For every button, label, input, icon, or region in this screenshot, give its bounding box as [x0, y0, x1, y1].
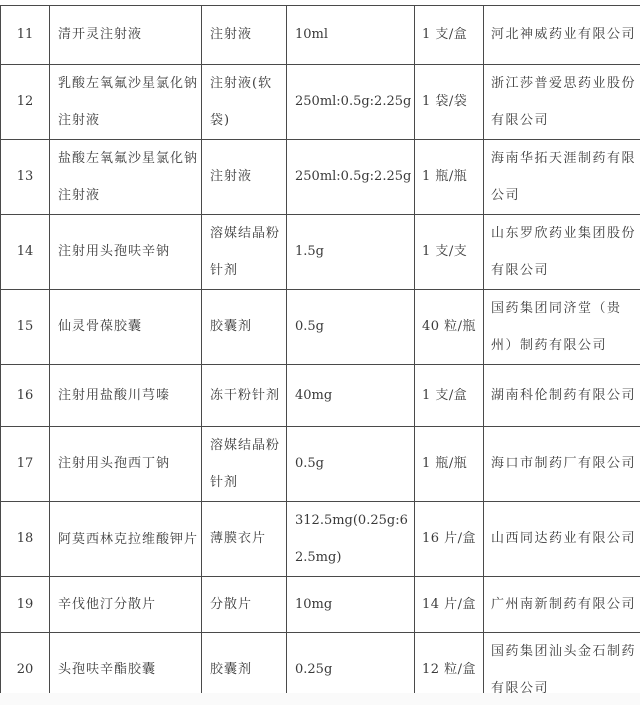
drug-name: 注射用盐酸川芎嗪	[50, 365, 202, 427]
drug-list-table: 11 清开灵注射液 注射液 10ml 1 支/盒 河北神威药业有限公司 12 乳…	[0, 5, 640, 705]
drug-name: 仙灵骨葆胶囊	[50, 290, 202, 365]
package: 1 袋/袋	[415, 65, 484, 140]
package: 1 瓶/瓶	[415, 140, 484, 215]
row-index: 18	[1, 502, 50, 577]
table-row: 19 辛伐他汀分散片 分散片 10mg 14 片/盒 广州南新制药有限公司	[1, 577, 640, 633]
manufacturer: 湖南科伦制药有限公司	[484, 365, 640, 427]
row-index: 13	[1, 140, 50, 215]
table-row: 15 仙灵骨葆胶囊 胶囊剂 0.5g 40 粒/瓶 国药集团同济堂（贵州）制药有…	[1, 290, 640, 365]
specification: 312.5mg(0.25g:62.5mg)	[287, 502, 415, 577]
manufacturer: 广州南新制药有限公司	[484, 577, 640, 633]
package: 16 片/盒	[415, 502, 484, 577]
drug-name-text: 乳酸左氧氟沙星氯化钠注射液	[58, 65, 201, 139]
row-index: 17	[1, 427, 50, 502]
dosage-form: 注射液	[202, 6, 287, 65]
manufacturer-text: 国药集团同济堂（贵州）制药有限公司	[491, 290, 640, 364]
row-index: 12	[1, 65, 50, 140]
drug-name-text: 阿莫西林克拉维酸钾片	[58, 521, 201, 558]
manufacturer: 海口市制药厂有限公司	[484, 427, 640, 502]
manufacturer: 山西同达药业有限公司	[484, 502, 640, 577]
dosage-form: 注射液(软袋)	[202, 65, 287, 140]
manufacturer-text: 浙江莎普爱思药业股份有限公司	[491, 65, 640, 139]
table-row: 11 清开灵注射液 注射液 10ml 1 支/盒 河北神威药业有限公司	[1, 6, 640, 65]
specification: 10mg	[287, 577, 415, 633]
manufacturer-text: 海南华拓天涯制药有限公司	[491, 140, 640, 214]
manufacturer-text: 山东罗欣药业集团股份有限公司	[491, 215, 640, 289]
drug-name: 注射用头孢呋辛钠	[50, 215, 202, 290]
row-index: 16	[1, 365, 50, 427]
drug-name: 清开灵注射液	[50, 6, 202, 65]
page-bottom-margin	[0, 693, 640, 705]
dosage-form-text: 溶媒结晶粉针剂	[210, 427, 286, 501]
package: 1 支/支	[415, 215, 484, 290]
dosage-form: 溶媒结晶粉针剂	[202, 215, 287, 290]
manufacturer: 国药集团同济堂（贵州）制药有限公司	[484, 290, 640, 365]
row-index: 19	[1, 577, 50, 633]
dosage-form-text: 溶媒结晶粉针剂	[210, 215, 286, 289]
table-row: 14 注射用头孢呋辛钠 溶媒结晶粉针剂 1.5g 1 支/支 山东罗欣药业集团股…	[1, 215, 640, 290]
row-index: 11	[1, 6, 50, 65]
specification: 0.5g	[287, 290, 415, 365]
manufacturer: 海南华拓天涯制药有限公司	[484, 140, 640, 215]
dosage-form: 胶囊剂	[202, 290, 287, 365]
dosage-form: 注射液	[202, 140, 287, 215]
drug-name: 盐酸左氧氟沙星氯化钠注射液	[50, 140, 202, 215]
dosage-form-text: 注射液(软袋)	[210, 65, 286, 139]
manufacturer: 山东罗欣药业集团股份有限公司	[484, 215, 640, 290]
table-row: 13 盐酸左氧氟沙星氯化钠注射液 注射液 250ml:0.5g:2.25g 1 …	[1, 140, 640, 215]
drug-name: 乳酸左氧氟沙星氯化钠注射液	[50, 65, 202, 140]
table-row: 18 阿莫西林克拉维酸钾片 薄膜衣片 312.5mg(0.25g:62.5mg)…	[1, 502, 640, 577]
package: 1 支/盒	[415, 365, 484, 427]
specification: 250ml:0.5g:2.25g	[287, 140, 415, 215]
dosage-form: 薄膜衣片	[202, 502, 287, 577]
drug-name: 辛伐他汀分散片	[50, 577, 202, 633]
dosage-form: 溶媒结晶粉针剂	[202, 427, 287, 502]
specification-text: 312.5mg(0.25g:62.5mg)	[295, 502, 414, 576]
drug-name: 注射用头孢西丁钠	[50, 427, 202, 502]
specification: 10ml	[287, 6, 415, 65]
specification: 0.5g	[287, 427, 415, 502]
drug-name-text: 盐酸左氧氟沙星氯化钠注射液	[58, 140, 201, 214]
table-row: 12 乳酸左氧氟沙星氯化钠注射液 注射液(软袋) 250ml:0.5g:2.25…	[1, 65, 640, 140]
manufacturer: 河北神威药业有限公司	[484, 6, 640, 65]
specification: 250ml:0.5g:2.25g	[287, 65, 415, 140]
row-index: 15	[1, 290, 50, 365]
dosage-form: 分散片	[202, 577, 287, 633]
specification: 40mg	[287, 365, 415, 427]
package: 1 支/盒	[415, 6, 484, 65]
dosage-form: 冻干粉针剂	[202, 365, 287, 427]
package: 40 粒/瓶	[415, 290, 484, 365]
table-row: 16 注射用盐酸川芎嗪 冻干粉针剂 40mg 1 支/盒 湖南科伦制药有限公司	[1, 365, 640, 427]
manufacturer: 浙江莎普爱思药业股份有限公司	[484, 65, 640, 140]
row-index: 14	[1, 215, 50, 290]
table-row: 17 注射用头孢西丁钠 溶媒结晶粉针剂 0.5g 1 瓶/瓶 海口市制药厂有限公…	[1, 427, 640, 502]
specification: 1.5g	[287, 215, 415, 290]
package: 14 片/盒	[415, 577, 484, 633]
drug-name: 阿莫西林克拉维酸钾片	[50, 502, 202, 577]
package: 1 瓶/瓶	[415, 427, 484, 502]
